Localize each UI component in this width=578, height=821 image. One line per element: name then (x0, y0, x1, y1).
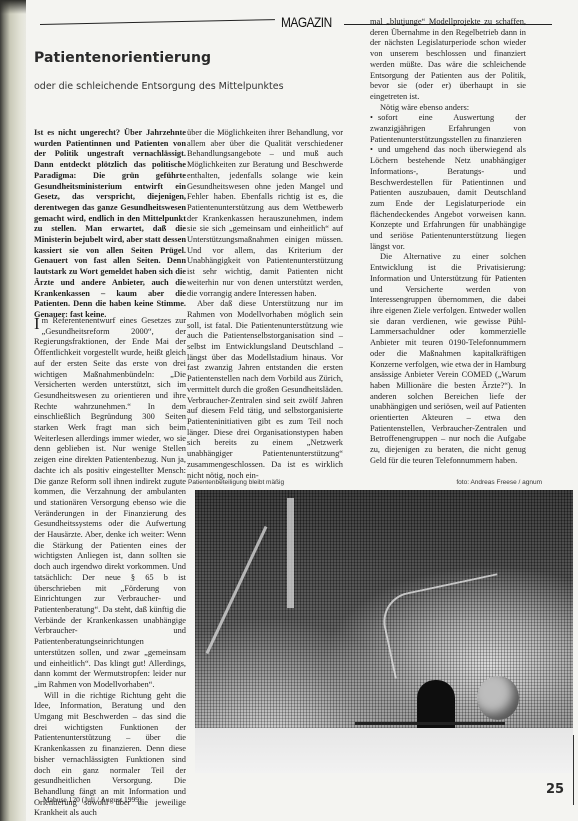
photo-caption: Patientenbeteiligung bleibt mäßig (188, 479, 284, 486)
photo-cable (378, 573, 514, 679)
column-3-body: mal „blutjunge“ Modellprojekte zu schaff… (370, 17, 526, 467)
body-paragraph: Nötig wäre ebenso anders: (370, 103, 526, 114)
article-subtitle: oder die schleichende Entsorgung des Mit… (34, 81, 284, 92)
column-1-body: Im Referentenentwurf eines Gesetzes zur … (34, 316, 186, 819)
margin-rule (573, 735, 574, 805)
photo-iv-line (206, 526, 268, 654)
photo-bed-rail (355, 722, 505, 725)
article-title: Patientenorientierung (34, 50, 211, 66)
drop-cap: I (34, 317, 40, 331)
header-rule-left (40, 19, 275, 25)
magazine-page: MAGAZIN Patientenorientierung oder die s… (26, 0, 578, 821)
page-number: 25 (546, 782, 564, 797)
photo-bedsheet (195, 728, 573, 773)
body-paragraph: m Referentenentwurf eines Gesetzes zur „… (34, 316, 186, 689)
bullet-icon: • (370, 113, 378, 124)
photo-caption-row: Patientenbeteiligung bleibt mäßig foto: … (188, 479, 542, 486)
photo-patient-head (477, 676, 519, 720)
lead-paragraph: Ist es nicht ungerecht? Über Jahrzehnte … (34, 128, 186, 321)
body-paragraph: mal „blutjunge“ Modellprojekte zu schaff… (370, 17, 526, 103)
body-paragraph: Die Alternative zu einer solchen Entwick… (370, 252, 526, 466)
bullet-icon: • (370, 145, 378, 156)
bullet-item: •sofort eine Auswertung der zwanzigjähri… (370, 113, 526, 145)
lead-paragraph-column: Ist es nicht ungerecht? Über Jahrzehnte … (34, 128, 186, 321)
column-2-body: über die Möglichkeiten ihrer Behandlung,… (187, 128, 343, 481)
photo-iv-pole (287, 498, 294, 608)
issue-footer: Mabuse 120 (Juli / August 1999) (43, 795, 142, 804)
bullet-item: •und umgehend das noch überwiegend als L… (370, 145, 526, 252)
body-paragraph: über die Möglichkeiten ihrer Behandlung,… (187, 128, 343, 299)
section-label: MAGAZIN (280, 14, 333, 30)
photo-credit: foto: Andreas Freese / agnum (456, 479, 542, 486)
article-photo (195, 490, 573, 773)
body-paragraph: Aber daß diese Unterstützung nur im Rahm… (187, 299, 343, 481)
